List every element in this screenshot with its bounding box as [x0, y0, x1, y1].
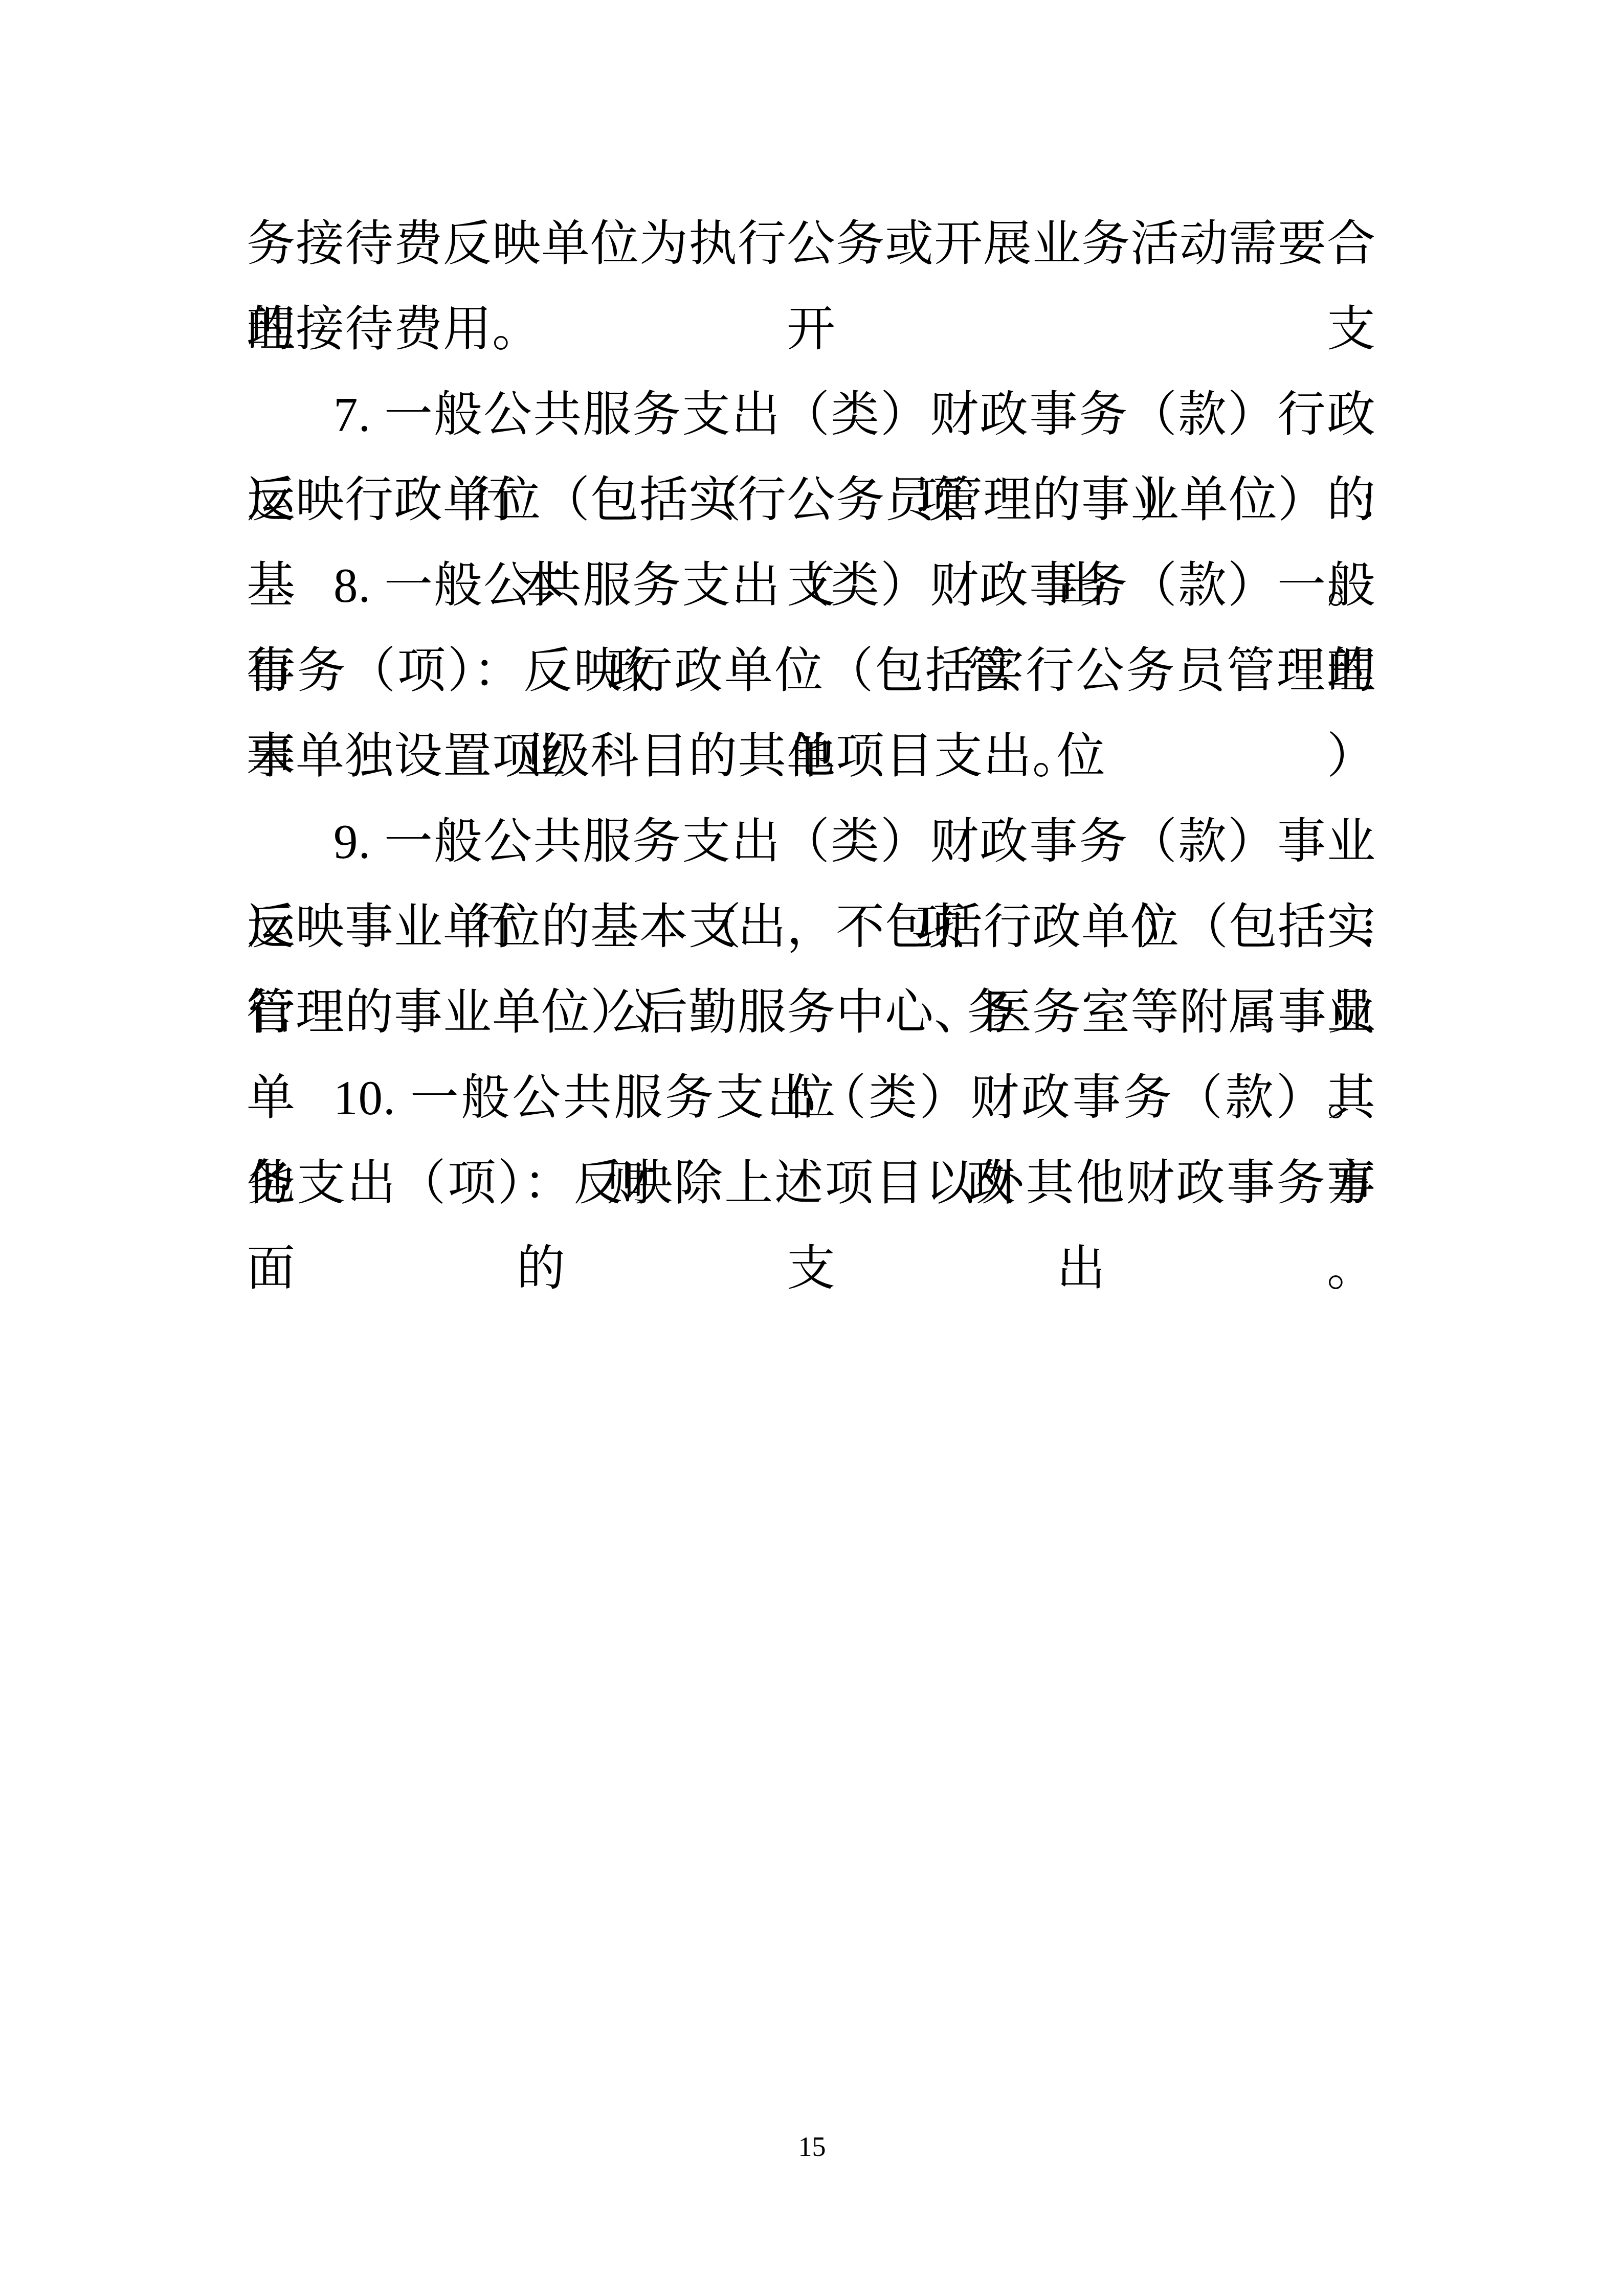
- text-line: 反映行政单位（包括实行公务员管理的事业单位）的基本支出。: [247, 458, 1376, 543]
- text-line: 管理的事业单位）后勤服务中心、医务室等附属事业单位。: [247, 970, 1376, 1055]
- text-line: 8. 一般公共服务支出（类）财政事务（款）一般行政管理: [247, 543, 1376, 628]
- text-line: 务接待费反映单位为执行公务或开展业务活动需要合理开支: [247, 201, 1376, 287]
- text-line: 事务（项）：反映行政单位（包括实行公务员管理的事业单位）: [247, 628, 1376, 714]
- document-page: 务接待费反映单位为执行公务或开展业务活动需要合理开支的接待费用。7. 一般公共服…: [0, 0, 1624, 2296]
- text-line: 10. 一般公共服务支出（类）财政事务（款）其他财政事: [247, 1055, 1376, 1141]
- body-text: 务接待费反映单位为执行公务或开展业务活动需要合理开支的接待费用。7. 一般公共服…: [247, 201, 1376, 1226]
- text-line: 9. 一般公共服务支出（类）财政事务（款）事业运行（项）:: [247, 799, 1376, 885]
- text-line: 反映事业单位的基本支出，不包括行政单位（包括实行公务员: [247, 885, 1376, 970]
- page-number: 15: [0, 2131, 1624, 2162]
- text-line: 7. 一般公共服务支出（类）财政事务（款）行政运行（项）:: [247, 372, 1376, 458]
- text-line: 务支出（项）：反映除上述项目以外其他财政事务方面的支出。: [247, 1141, 1376, 1226]
